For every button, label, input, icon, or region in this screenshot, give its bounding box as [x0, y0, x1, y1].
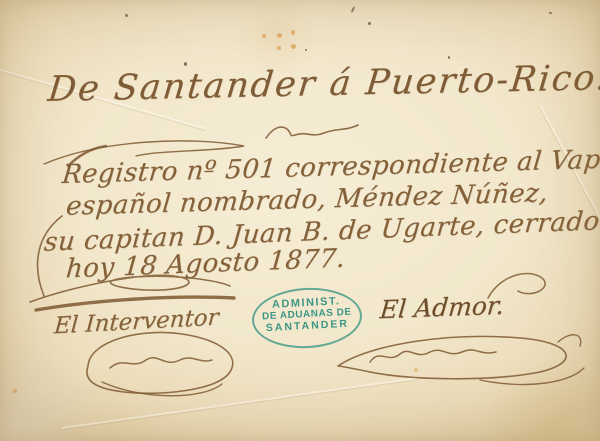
foxing-stain — [277, 33, 282, 38]
foxing-stain — [262, 34, 266, 38]
document-title: De Santander á Puerto-Rico. — [48, 58, 600, 110]
ink-squiggle — [262, 116, 362, 146]
document-title-text: De Santander á Puerto-Rico. — [46, 58, 600, 110]
administrator-title-text: El Admor. — [379, 291, 506, 324]
ink-speck — [368, 22, 371, 25]
paper-crease — [62, 377, 419, 429]
foxing-stain — [414, 368, 418, 372]
ink-speck — [549, 12, 552, 14]
ink-speck — [448, 56, 450, 59]
ink-speck — [351, 6, 356, 13]
ink-speck — [125, 14, 128, 17]
document-paper: De Santander á Puerto-Rico. Registro nº … — [0, 0, 600, 441]
administrator-title: El Admor. — [380, 291, 505, 324]
customs-stamp: ADMINIST. DE ADUANAS DE SANTANDER — [251, 285, 364, 351]
ink-speck — [305, 49, 307, 51]
foxing-stain — [277, 46, 281, 50]
administrator-signature-flourish — [330, 322, 590, 398]
foxing-stain — [291, 44, 296, 49]
interventor-title: El Interventor — [53, 305, 219, 340]
foxing-stain — [291, 30, 295, 35]
ink-speck — [184, 62, 187, 66]
foxing-stain — [13, 389, 17, 393]
interventor-signature-flourish — [72, 326, 248, 402]
interventor-title-text: El Interventor — [53, 305, 219, 340]
